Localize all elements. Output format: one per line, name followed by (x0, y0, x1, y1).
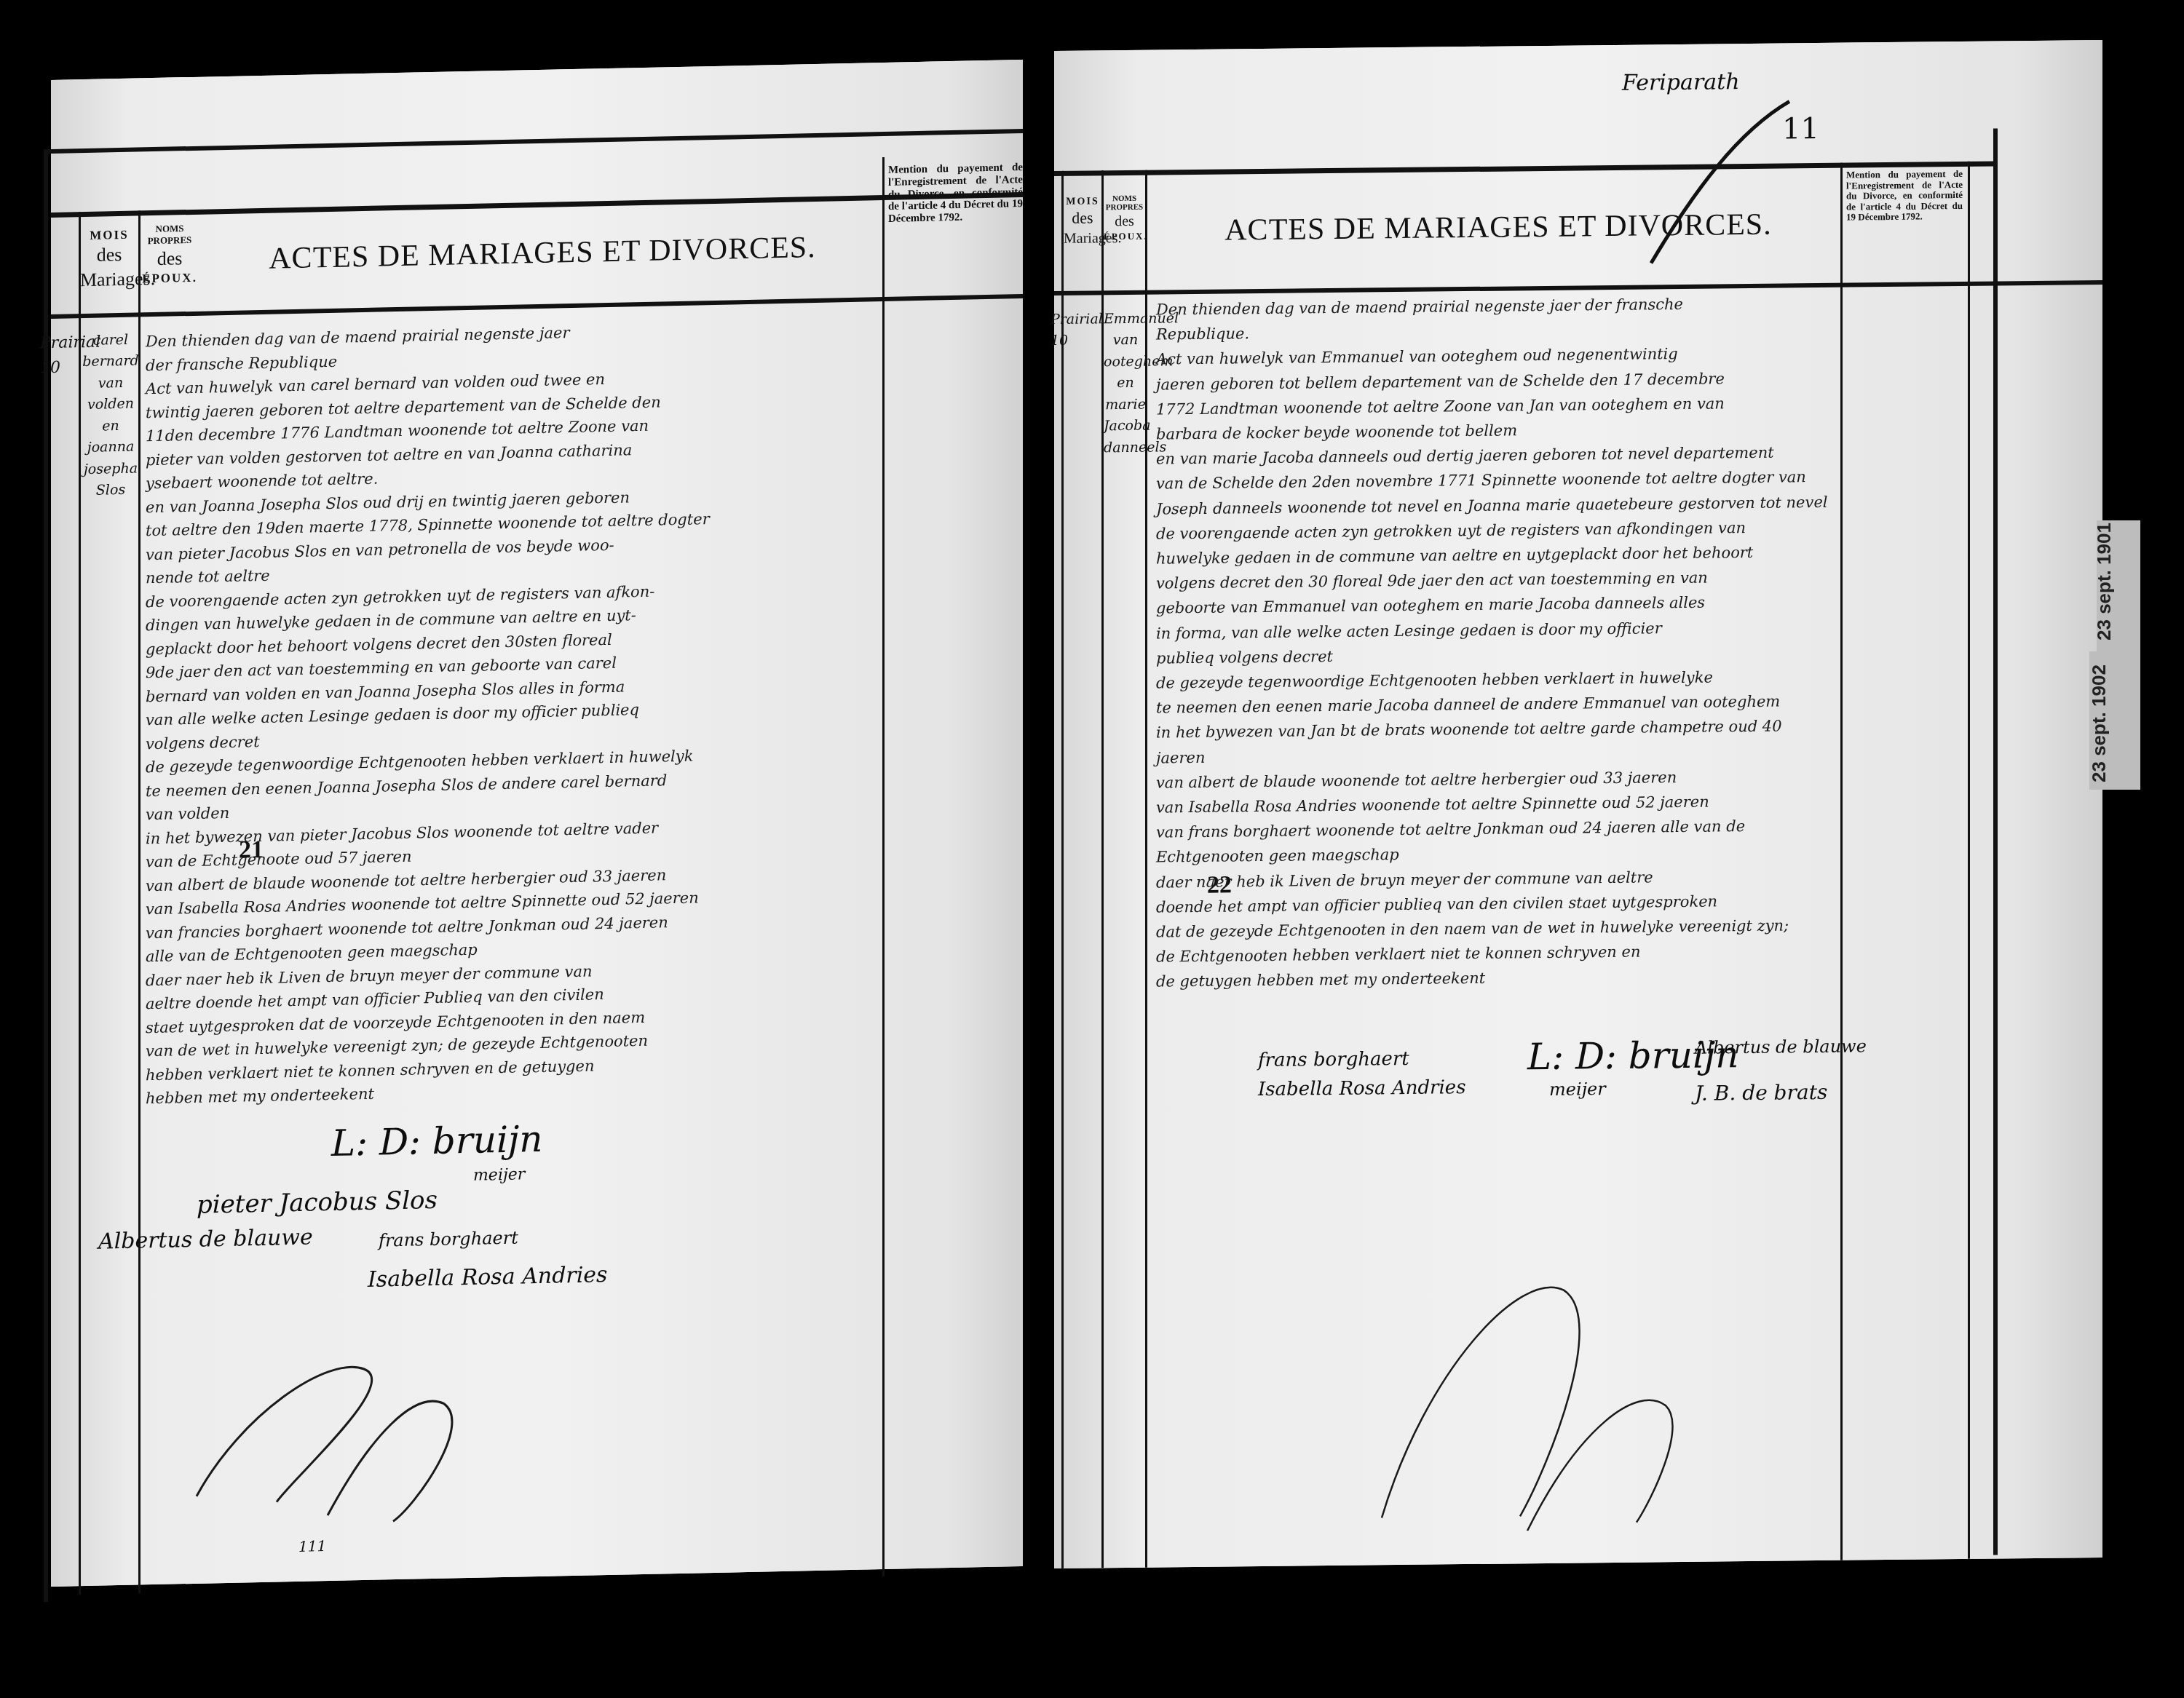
header-month-des: des (80, 242, 138, 267)
column-rule-mention (882, 157, 885, 1576)
handwritten-line: Den thienden dag van de maend prairial n… (1156, 295, 1683, 319)
handwritten-line: van albert de blaude woonende tot aeltre… (1156, 769, 1677, 791)
header-month-col: MOIS des Mariages. (80, 227, 138, 292)
header-names-col: NOMS PROPRES des ÉPOUX. (1104, 194, 1145, 243)
handwritten-line: Echtgenooten geen maegschap (1156, 846, 1399, 865)
month-name: Prairial (40, 330, 84, 356)
act-body-text: Den thienden dag van de maend prairial n… (51, 60, 1030, 80)
month-day: 10 (40, 355, 84, 381)
signature-witness-3: frans borghaert (379, 1228, 518, 1251)
paraph-flourish-icon (182, 1322, 546, 1533)
handwritten-line: in forma, van alle welke acten Lesinge g… (1156, 619, 1662, 642)
handwritten-line: de Echtgenooten hebben verklaert niet te… (1156, 943, 1640, 966)
archive-stamp-1901: 23 sept. 1901 (2093, 523, 2116, 640)
header-names-epoux: ÉPOUX. (1104, 231, 1145, 243)
spouse-line: en (82, 415, 140, 437)
folio-stroke-icon (1607, 87, 1826, 278)
archive-stamp-1902: 23 sept. 1902 (2088, 664, 2110, 782)
month-column-entry: Prairial 10 (40, 330, 84, 381)
handwritten-line: van frans borghaert woonende tot aeltre … (1156, 817, 1745, 841)
spouse-line: volden (82, 394, 140, 416)
column-rule-right (1968, 162, 1970, 1559)
act-body-text: Den thienden dag van de maend prairial n… (1054, 40, 2102, 51)
header-names-epoux: ÉPOUX. (141, 271, 199, 287)
handwritten-line: Republique. (1156, 325, 1249, 343)
handwritten-line: de gezeyde tegenwoordige Echtgenooten he… (1156, 669, 1713, 692)
page-edge-rule (1993, 128, 1998, 1555)
mention-payment-note: Mention du payement de l'Enregistrement … (888, 162, 1023, 226)
handwritten-line: de voorengaende acten zyn getrokken uyt … (1156, 519, 1746, 542)
spouse-line: ooteghem (1104, 352, 1147, 373)
handwritten-line: de getuygen hebben met my onderteekent (1156, 969, 1485, 991)
header-names-des: des (141, 246, 199, 271)
header-month-mariages: Mariages. (1064, 229, 1101, 248)
signature-mayor-title: meijer (473, 1165, 525, 1184)
paraph-flourish-icon (1360, 1223, 1724, 1532)
book-gutter (1023, 29, 1052, 1601)
handwritten-line: en van marie Jacoba danneels oud dertig … (1156, 444, 1774, 468)
header-names-label: NOMS PROPRES (1104, 194, 1145, 213)
spouse-line: joanna josepha (82, 437, 140, 481)
footer-mark: 111 (298, 1537, 326, 1555)
column-rule-month (79, 212, 81, 1595)
header-names-label: NOMS PROPRES (141, 223, 199, 247)
header-bottom-rule (1054, 280, 2102, 295)
handwritten-line: van Isabella Rosa Andries woonende tot a… (1156, 793, 1709, 817)
signature-witness-1: pieter Jacobus Slos (197, 1186, 438, 1220)
header-month-label: MOIS (80, 227, 138, 243)
handwritten-line: volgens decret (146, 732, 260, 752)
header-names-col: NOMS PROPRES des ÉPOUX. (141, 223, 199, 286)
handwritten-line: jaeren geboren tot bellem departement va… (1156, 370, 1725, 393)
header-month-label: MOIS (1064, 196, 1101, 208)
month-day: 10 (1051, 330, 1101, 352)
signature-mayor: L: D: bruijn (331, 1118, 543, 1165)
mention-payment-note: Mention du payement de l'Enregistrement … (1846, 169, 1963, 223)
spouse-line: Slos (82, 480, 140, 502)
spouse-line: van (1104, 330, 1147, 352)
column-rule-mention (1840, 163, 1843, 1560)
header-month-des: des (1064, 207, 1101, 229)
handwritten-line: barbara de kocker beyde woonende tot bel… (1156, 421, 1517, 443)
spouse-line: marie Jacoba (1104, 394, 1147, 437)
signature-witness-4: Isabella Rosa Andries (368, 1262, 607, 1293)
handwritten-line: publieq volgens decret (1156, 648, 1333, 667)
handwritten-line: te neemen den eenen marie Jacoba danneel… (1156, 693, 1780, 717)
handwritten-line: dat de gezeyde Echtgenooten in den naem … (1156, 916, 1789, 940)
signature-witness-3: Albertus de blauwe (1695, 1036, 1867, 1058)
spouse-line: van (82, 372, 140, 394)
month-column-entry: Prairial 10 (1051, 309, 1101, 352)
spouse-line: danneels (1104, 437, 1147, 459)
header-month-col: MOIS des Mariages. (1064, 196, 1101, 247)
spouse-line: en (1104, 373, 1147, 394)
spouse-line: Emmanuel (1104, 309, 1147, 330)
handwritten-line: Joseph danneels woonende tot nevel en Jo… (1156, 493, 1828, 517)
handwritten-line: Act van huwelyk van Emmanuel van ooteghe… (1156, 345, 1678, 368)
spouse-names: carel bernard van volden en joanna josep… (82, 329, 140, 501)
column-rule-left (1061, 171, 1064, 1568)
spouse-line: carel bernard (82, 329, 140, 373)
handwritten-line: van de Schelde den 2den novembre 1771 Sp… (1156, 469, 1806, 493)
left-register-page: MOIS des Mariages. NOMS PROPRES des ÉPOU… (51, 60, 1030, 1587)
month-name: Prairial (1051, 309, 1101, 330)
signature-witness-1: frans borghaert (1258, 1048, 1409, 1071)
handwritten-line: jaeren (1156, 748, 1205, 766)
signature-witness-2: Albertus de blauwe (98, 1224, 313, 1254)
header-names-des: des (1104, 212, 1145, 231)
handwritten-line: volgens decret den 30 floreal 9de jaer d… (1156, 569, 1708, 592)
handwritten-line: doende het ampt van officier publieq van… (1156, 892, 1717, 916)
handwritten-line: van volden (146, 804, 229, 823)
handwritten-line: geboorte van Emmanuel van ooteghem en ma… (1156, 594, 1705, 617)
handwritten-line: nende tot aeltre (146, 567, 270, 587)
header-month-mariages: Mariages. (80, 266, 138, 292)
right-register-page: MOIS des Mariages. NOMS PROPRES des ÉPOU… (1054, 40, 2102, 1568)
signature-mayor-title: meijer (1549, 1079, 1606, 1100)
signature-witness-4: J. B. de brats (1695, 1080, 1827, 1106)
signature-witness-2: Isabella Rosa Andries (1258, 1076, 1466, 1100)
handwritten-line: 1772 Landtman woonende tot aeltre Zoone … (1156, 394, 1725, 418)
handwritten-line: in het bywezen van Jan bt de brats woone… (1156, 718, 1782, 742)
handwritten-line: huwelyke gedaen in de commune van aeltre… (1156, 544, 1753, 568)
spouse-names: Emmanuel van ooteghem en marie Jacoba da… (1104, 309, 1147, 459)
